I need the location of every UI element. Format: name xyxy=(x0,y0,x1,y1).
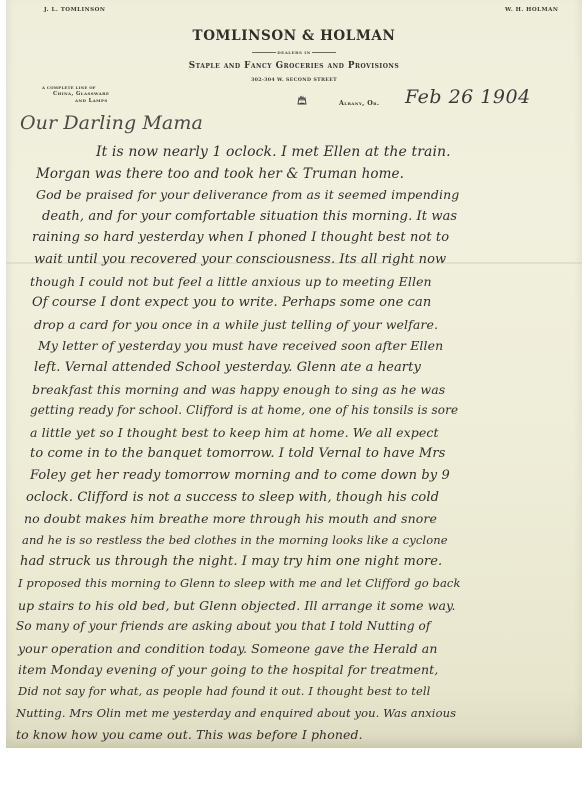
partner-right: W. H. HOLMAN xyxy=(505,7,558,13)
letter-line: oclock. Clifford is not a success to sle… xyxy=(26,490,439,505)
letter-line: breakfast this morning and was happy eno… xyxy=(32,382,445,397)
letter-line: wait until you recovered your consciousn… xyxy=(34,252,446,267)
dealers-in-label: DEALERS IN xyxy=(277,50,311,55)
letter-line: to come in to the banquet tomorrow. I to… xyxy=(30,446,445,461)
letter-sheet: J. L. TOMLINSON W. H. HOLMAN TOMLINSON &… xyxy=(6,0,582,748)
letter-line: though I could not but feel a little anx… xyxy=(30,274,432,289)
side-line-3: and Lamps xyxy=(42,98,109,105)
partner-left: J. L. TOMLINSON xyxy=(44,7,105,13)
letter-line: raining so hard yesterday when I phoned … xyxy=(32,230,449,245)
letter-line: God be praised for your deliverance from… xyxy=(36,187,459,202)
letter-line: up stairs to his old bed, but Glenn obje… xyxy=(18,598,456,613)
letter-line: Did not say for what, as people had foun… xyxy=(18,684,430,698)
union-label-icon xyxy=(296,94,308,108)
side-line-1: A COMPLETE LINE OF xyxy=(42,84,109,91)
letter-line: My letter of yesterday you must have rec… xyxy=(38,338,443,353)
letter-line: Morgan was there too and took her & Trum… xyxy=(36,166,404,182)
letter-line: your operation and condition today. Some… xyxy=(18,641,438,656)
rule-right xyxy=(312,52,336,53)
letter-line: I proposed this morning to Glenn to slee… xyxy=(18,576,461,590)
letter-line: getting ready for school. Clifford is at… xyxy=(30,403,458,417)
letter-line: drop a card for you once in a while just… xyxy=(34,317,438,332)
side-product-line: A COMPLETE LINE OF China, Glassware and … xyxy=(42,84,109,105)
letter-line: death, and for your comfortable situatio… xyxy=(42,209,457,224)
letter-line: So many of your friends are asking about… xyxy=(16,619,430,633)
letter-line: Nutting. Mrs Olin met me yesterday and e… xyxy=(16,706,456,720)
letter-line: item Monday evening of your going to the… xyxy=(18,662,438,677)
city-location: Albany, Or. xyxy=(339,100,379,107)
letter-line: no doubt makes him breathe more through … xyxy=(24,511,437,526)
firm-name: TOMLINSON & HOLMAN xyxy=(6,28,582,44)
street-address: 302-304 W. SECOND STREET xyxy=(6,77,582,83)
rule-left xyxy=(252,52,276,53)
side-line-2: China, Glassware xyxy=(42,91,109,98)
letter-line: had struck us through the night. I may t… xyxy=(20,554,442,569)
letter-line: It is now nearly 1 oclock. I met Ellen a… xyxy=(96,144,451,160)
dealers-in-rule: DEALERS IN xyxy=(6,50,582,55)
letter-line: a little yet so I thought best to keep h… xyxy=(30,425,439,440)
business-tagline: Staple and Fancy Groceries and Provision… xyxy=(6,61,582,71)
letter-line: to know how you came out. This was befor… xyxy=(16,727,363,742)
letter-line: left. Vernal attended School yesterday. … xyxy=(34,360,421,375)
letter-line: Of course I dont expect you to write. Pe… xyxy=(32,295,431,310)
letter-line: Foley get her ready tomorrow morning and… xyxy=(30,468,450,483)
letter-date: Feb 26 1904 xyxy=(405,86,531,108)
greeting: Our Darling Mama xyxy=(20,112,203,134)
letter-line: and he is so restless the bed clothes in… xyxy=(22,533,448,547)
